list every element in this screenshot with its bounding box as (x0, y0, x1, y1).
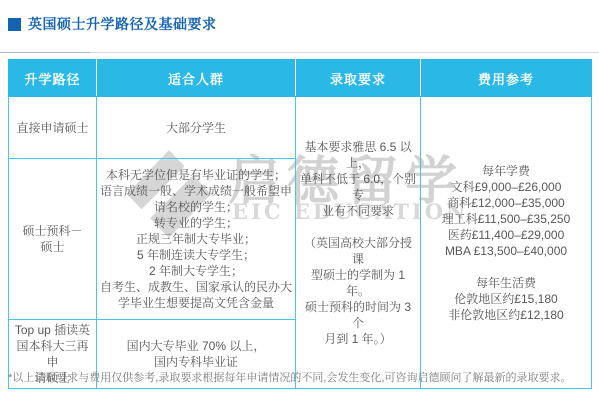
column-header-fees: 费用参考 (421, 60, 592, 97)
page: 启德留学 EIC EDUCATION 英国硕士升学路径及基础要求 升学路径 适合… (0, 0, 599, 403)
uk-masters-path-table: 升学路径 适合人群 录取要求 费用参考 直接申请硕士 大部分学生 基本要求雅思 … (8, 59, 592, 389)
title-bullet-square (8, 18, 21, 31)
page-title: 英国硕士升学路径及基础要求 (28, 14, 217, 34)
column-header-admission: 录取要求 (296, 60, 421, 97)
table-header-row: 升学路径 适合人群 录取要求 费用参考 (9, 60, 592, 97)
cell-path-direct: 直接申请硕士 (9, 97, 97, 159)
cell-admission-requirements: 基本要求雅思 6.5 以上， 单科不低于 6.0，个别专 业有不同要求 （英国高… (296, 97, 421, 389)
column-header-path: 升学路径 (9, 60, 97, 97)
table-row: 直接申请硕士 大部分学生 基本要求雅思 6.5 以上， 单科不低于 6.0，个别… (9, 97, 592, 159)
column-header-audience: 适合人群 (97, 60, 296, 97)
title-divider (0, 52, 599, 53)
cell-path-foundation: 硕士预科－ 硕士 (9, 159, 97, 320)
cell-audience-direct: 大部分学生 (97, 97, 296, 159)
footnote: *以上录取要求与费用仅供参考,录取要求根据每年申请情况的不同,会发生变化,可咨询… (8, 369, 596, 385)
cell-audience-foundation: 本科无学位但是有毕业证的学生； 语言成绩一般、学术成绩一般希望申 请名校的学生；… (97, 159, 296, 320)
cell-fee-reference: 每年学费 文科£9,000–£26,000 商科£12,000–£35,000 … (421, 97, 592, 389)
section-title-row: 英国硕士升学路径及基础要求 (8, 14, 217, 34)
